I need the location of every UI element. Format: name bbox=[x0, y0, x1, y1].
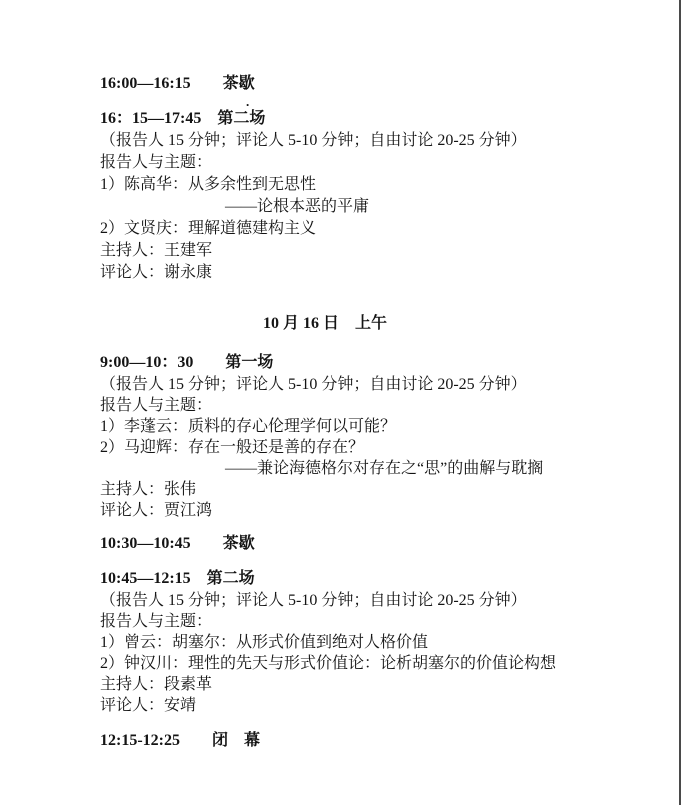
line-session2-morning-rules: （报告人 15 分钟；评论人 5-10 分钟；自由讨论 20-25 分钟） bbox=[100, 590, 681, 611]
line-session2-afternoon-time: 16：15—17:45 第二场 bbox=[100, 108, 681, 130]
line-session2-afternoon-rules: （报告人 15 分钟；评论人 5-10 分钟；自由讨论 20-25 分钟） bbox=[100, 130, 681, 152]
line-talk-ma-yinghui: 2）马迎辉：存在一般还是善的存在？ bbox=[100, 437, 681, 458]
line-talk-li-pengyun: 1）李蓬云：质料的存心伦理学何以可能？ bbox=[100, 416, 681, 437]
line-talk-chen-gaohua-subtitle: ——论根本恶的平庸 bbox=[100, 196, 681, 218]
line-session1-morning-time: 9:00—10：30 第一场 bbox=[100, 352, 681, 374]
line-commentator-an-jing: 评论人：安靖 bbox=[100, 695, 681, 716]
line-talk-wen-xianqing: 2）文贤庆：理解道德建构主义 bbox=[100, 218, 681, 240]
line-talk-zhong-hanchuan: 2）钟汉川：理性的先天与形式价值论：论析胡塞尔的价值论构想 bbox=[100, 653, 681, 674]
line-commentator-xie-yongkang: 评论人：谢永康 bbox=[100, 262, 681, 284]
line-chair-wang-jianjun: 主持人：王建军 bbox=[100, 240, 681, 262]
line-session2-morning-time: 10:45—12:15 第二场 bbox=[100, 568, 681, 590]
line-tea-break-1600: 16:00—16:15 茶歇 bbox=[100, 73, 681, 95]
line-chair-zhang-wei: 主持人：张伟 bbox=[100, 479, 681, 500]
document-page: 16:00—16:15 茶歇 . 16：15—17:45 第二场 （报告人 15… bbox=[0, 0, 681, 805]
heading-oct16-morning: 10 月 16 日 上午 bbox=[100, 313, 550, 335]
line-commentator-jia-jianghong: 评论人：贾江鸿 bbox=[100, 500, 681, 521]
line-session2-afternoon-speakers-label: 报告人与主题： bbox=[100, 152, 681, 174]
line-closing-ceremony: 12:15-12:25 闭 幕 bbox=[100, 730, 681, 752]
line-talk-zeng-yun: 1）曾云：胡塞尔：从形式价值到绝对人格价值 bbox=[100, 632, 681, 653]
line-session2-morning-speakers-label: 报告人与主题： bbox=[100, 611, 681, 632]
line-session1-morning-speakers-label: 报告人与主题： bbox=[100, 395, 681, 416]
stray-period: . bbox=[100, 95, 681, 108]
line-chair-duan-suge: 主持人：段素革 bbox=[100, 674, 681, 695]
line-tea-break-1030: 10:30—10:45 茶歇 bbox=[100, 533, 681, 555]
line-talk-chen-gaohua: 1）陈高华：从多余性到无思性 bbox=[100, 174, 681, 196]
line-talk-ma-yinghui-subtitle: ——兼论海德格尔对存在之“思”的曲解与耽搁 bbox=[100, 458, 681, 479]
line-session1-morning-rules: （报告人 15 分钟；评论人 5-10 分钟；自由讨论 20-25 分钟） bbox=[100, 374, 681, 395]
